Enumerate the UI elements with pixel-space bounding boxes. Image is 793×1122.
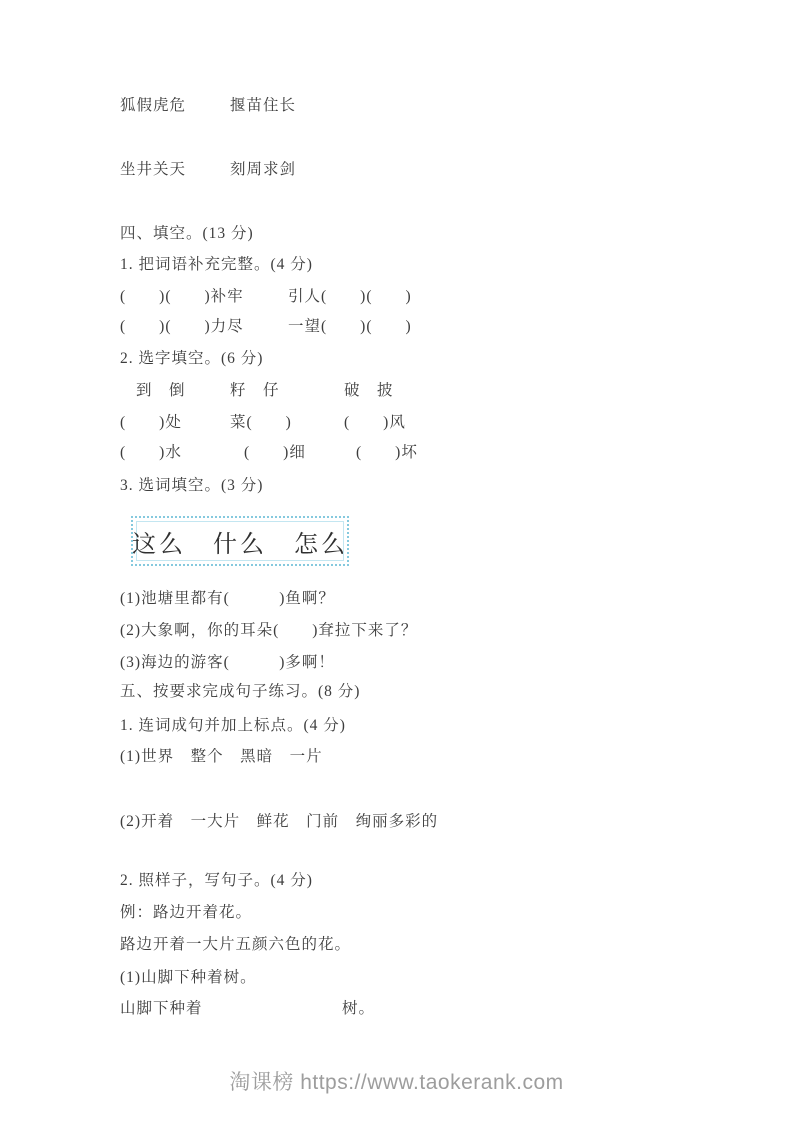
sentence-build-item-1: (1)世界 整个 黑暗 一片 <box>120 747 323 766</box>
section5-sub1-heading: 1. 连词成句并加上标点。(4 分) <box>120 716 346 735</box>
char-fill-row1-col2: 菜( ) <box>230 413 292 432</box>
idiom-row2-col1: 坐井关天 <box>120 160 186 179</box>
char-fill-row2-col3: ( )坏 <box>356 443 418 462</box>
word-choice-item-1: (1)池塘里都有( )鱼啊？ <box>120 589 335 608</box>
section5-heading: 五、按要求完成句子练习。(8 分) <box>120 682 360 701</box>
sentence-build-item-2: (2)开着 一大片 鲜花 门前 绚丽多彩的 <box>120 812 438 831</box>
fill-word-row2-right: 一望( )( ) <box>288 317 412 336</box>
word-choice-item-2: (2)大象啊，你的耳朵( )耷拉下来了？ <box>120 621 417 640</box>
char-fill-row2-col1: ( )水 <box>120 443 182 462</box>
fill-word-row2-left: ( )( )力尽 <box>120 317 244 336</box>
sentence-blank-suffix: 树。 <box>342 999 375 1018</box>
section4-sub3-heading: 3. 选词填空。(3 分) <box>120 476 263 495</box>
sentence-example-answer: 路边开着一大片五颜六色的花。 <box>120 935 351 954</box>
sentence-blank-prefix: 山脚下种着 <box>120 999 203 1018</box>
section5-sub2-heading: 2. 照样子，写句子。(4 分) <box>120 871 313 890</box>
char-fill-row1-col3: ( )风 <box>344 413 406 432</box>
fill-word-row1-right: 引人( )( ) <box>288 287 412 306</box>
section4-sub1-heading: 1. 把词语补充完整。(4 分) <box>120 255 313 274</box>
idiom-row1-col2: 揠苗住长 <box>230 96 296 115</box>
idiom-row2-col2: 刻周求剑 <box>230 160 296 179</box>
footer-watermark: 淘课榜 https://www.taokerank.com <box>0 1066 793 1096</box>
section4-sub2-heading: 2. 选字填空。(6 分) <box>120 349 263 368</box>
section4-heading: 四、填空。(13 分) <box>120 224 254 243</box>
char-options-col3: 破 披 <box>344 381 394 400</box>
sentence-write-item-1: (1)山脚下种着树。 <box>120 968 257 987</box>
fill-word-row1-left: ( )( )补牢 <box>120 287 244 306</box>
word-choice-item-3: (3)海边的游客( )多啊！ <box>120 653 335 672</box>
char-fill-row2-col2: ( )细 <box>244 443 306 462</box>
char-options-col2: 籽 仔 <box>230 381 280 400</box>
word-bank-words: 这么 什么 怎么 <box>132 524 348 559</box>
char-options-col1: 到 倒 <box>136 381 186 400</box>
idiom-row1-col1: 狐假虎危 <box>120 96 186 115</box>
worksheet-page: 狐假虎危 揠苗住长 坐井关天 刻周求剑 四、填空。(13 分) 1. 把词语补充… <box>0 0 793 1122</box>
word-bank-box: 这么 什么 怎么 <box>131 516 349 566</box>
char-fill-row1-col1: ( )处 <box>120 413 182 432</box>
sentence-example-label: 例：路边开着花。 <box>120 903 252 922</box>
